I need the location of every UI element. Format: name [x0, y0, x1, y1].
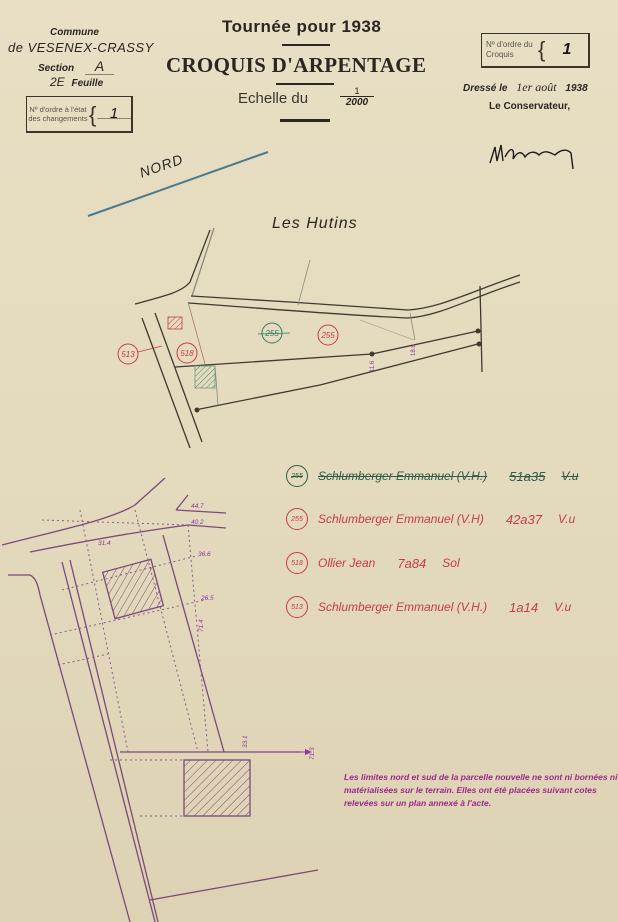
parcel-255-old-marker: 255	[258, 323, 290, 343]
parcel-nature: V.u	[561, 469, 578, 483]
svg-text:71.3: 71.3	[309, 747, 316, 760]
svg-text:31.4: 31.4	[98, 540, 111, 547]
svg-text:44.7: 44.7	[191, 503, 204, 510]
parcel-area: 51a35	[509, 469, 545, 484]
svg-text:18.6: 18.6	[411, 344, 417, 356]
legend-row: 518 Ollier Jean 7a84 Sol	[286, 552, 460, 574]
building-hatch	[195, 366, 215, 388]
parcel-255-marker: 255	[318, 325, 338, 345]
parcel-nature: V.u	[558, 512, 575, 526]
parcel-circle-icon: 255	[286, 508, 308, 530]
legend-row: 513 Schlumberger Emmanuel (V.H.) 1a14 V.…	[286, 596, 571, 618]
parcel-518-marker: 518	[177, 343, 197, 363]
svg-text:513: 513	[121, 350, 135, 359]
owner-name: Schlumberger Emmanuel (V.H.)	[318, 469, 487, 483]
svg-text:71.4: 71.4	[198, 619, 205, 632]
svg-text:255: 255	[320, 331, 335, 340]
owner-name: Ollier Jean	[318, 556, 375, 570]
owner-name: Schlumberger Emmanuel (V.H.)	[318, 600, 487, 614]
parcel-circle-icon: 518	[286, 552, 308, 574]
parcel-nature: Sol	[442, 556, 459, 570]
svg-text:518: 518	[180, 349, 194, 358]
place-name: Les Hutins	[272, 215, 358, 233]
svg-text:36.6: 36.6	[198, 551, 211, 558]
annotation-note: Les limites nord et sud de la parcelle n…	[344, 771, 618, 810]
parcel-area: 42a37	[506, 512, 542, 527]
svg-text:26.5: 26.5	[200, 595, 214, 602]
building-hatch	[168, 317, 182, 329]
parcel-circle-icon: 513	[286, 596, 308, 618]
parcel-area: 7a84	[397, 556, 426, 571]
svg-text:11.6: 11.6	[370, 360, 376, 372]
legend-row-old: 255 Schlumberger Emmanuel (V.H.) 51a35 V…	[286, 465, 578, 487]
parcel-circle-icon: 255	[286, 465, 308, 487]
bottom-map-lines	[2, 478, 318, 922]
parcel-area: 1a14	[509, 600, 538, 615]
svg-text:33.1: 33.1	[242, 735, 249, 748]
legend-row: 255 Schlumberger Emmanuel (V.H) 42a37 V.…	[286, 508, 575, 530]
parcel-nature: V.u	[554, 600, 571, 614]
svg-text:40.2: 40.2	[191, 519, 204, 526]
owner-name: Schlumberger Emmanuel (V.H)	[318, 512, 484, 526]
